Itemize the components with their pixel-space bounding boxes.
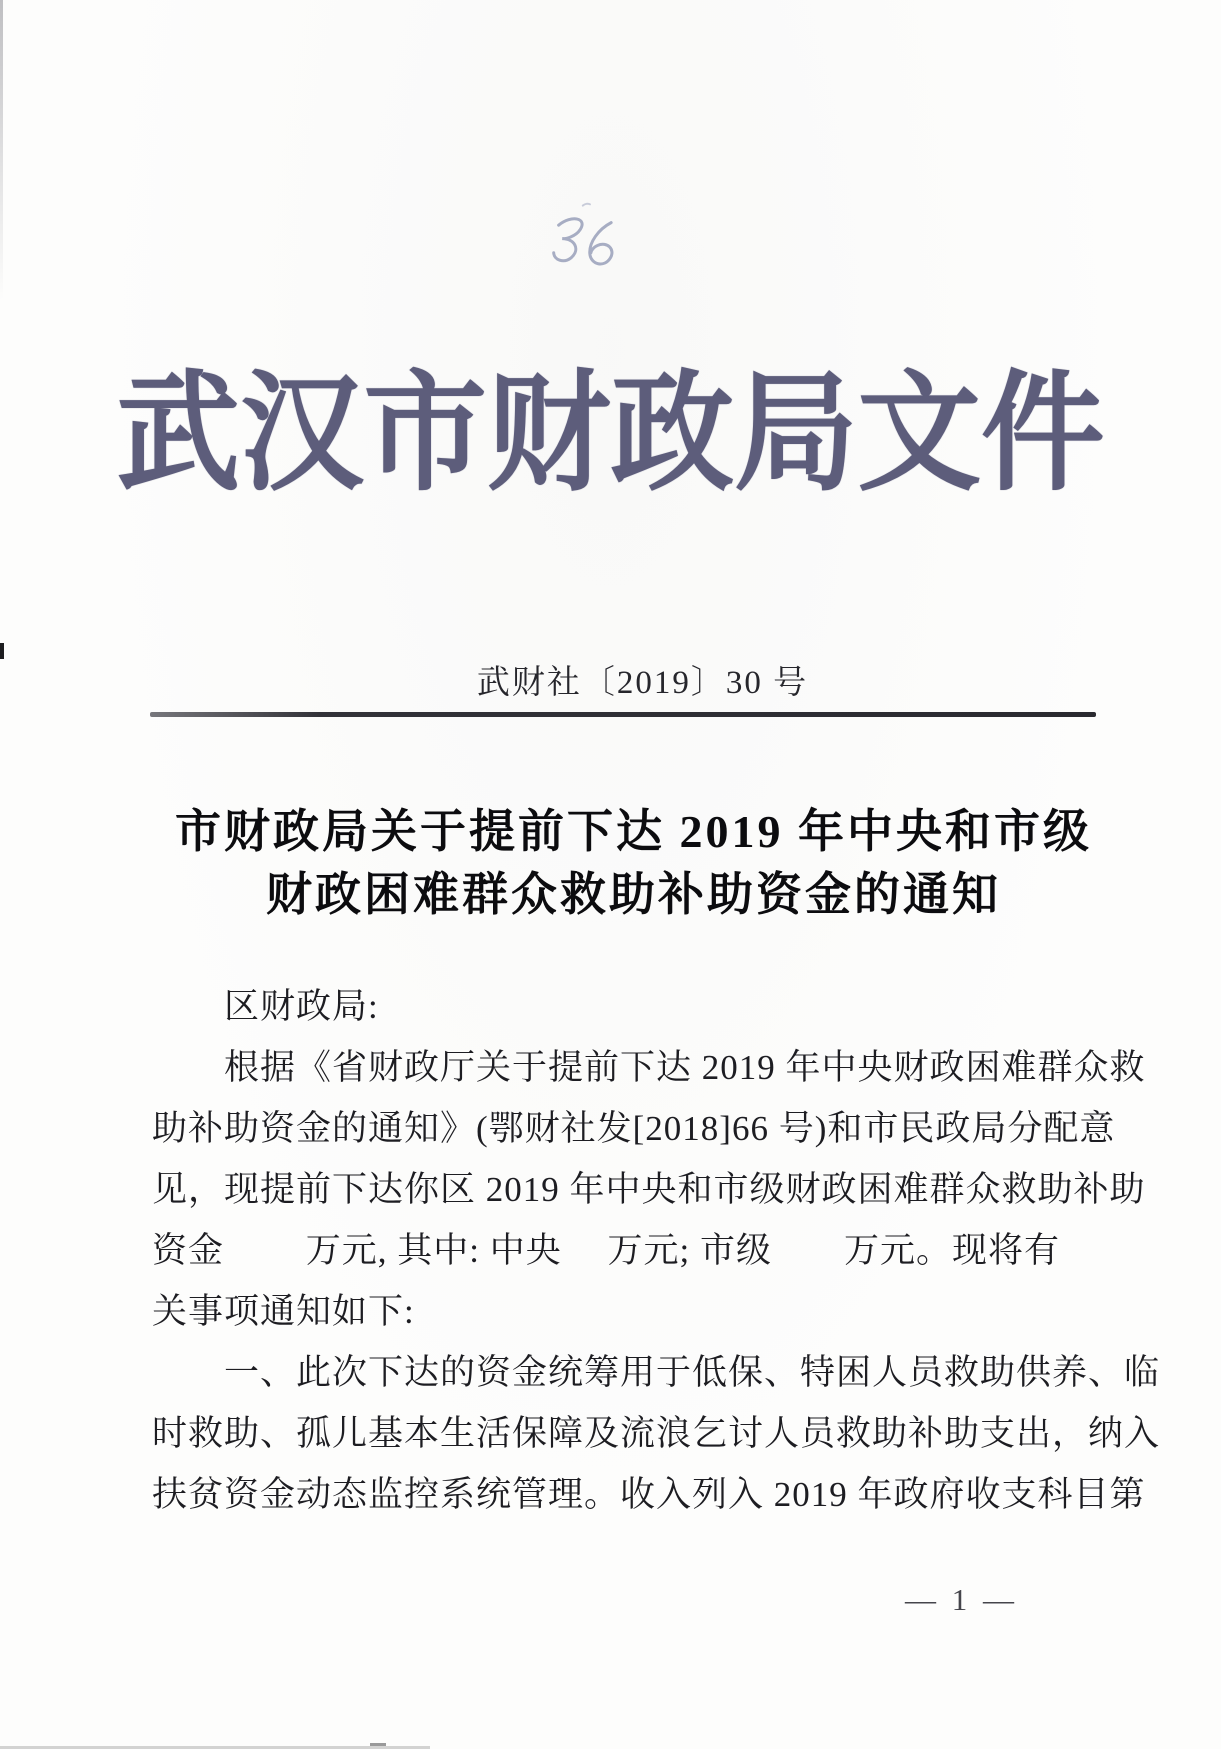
body-line: 根据《省财政厅关于提前下达 2019 年中央财政困难群众救 xyxy=(152,1037,1162,1098)
page-number: — 1 — xyxy=(905,1582,1105,1618)
body-line: 关事项通知如下: xyxy=(152,1281,1162,1342)
body-line: 助补助资金的通知》(鄂财社发[2018]66 号)和市民政局分配意 xyxy=(152,1098,1162,1159)
body-line: 见，现提前下达你区 2019 年中央和市级财政困难群众救助补助 xyxy=(152,1159,1162,1220)
body-line: 扶贫资金动态监控系统管理。收入列入 2019 年政府收支科目第 xyxy=(152,1464,1162,1525)
header-divider-rule xyxy=(150,712,1096,717)
subject-title-line1: 市财政局关于提前下达 2019 年中央和市级 xyxy=(23,800,1221,863)
agency-header-title: 武汉市财政局文件 xyxy=(31,356,1191,514)
handwritten-mark-icon xyxy=(535,198,635,286)
scan-artifact-bottom xyxy=(370,1743,386,1746)
scan-artifact-left-edge xyxy=(0,643,4,659)
scan-edge-shadow-left xyxy=(0,0,3,300)
body-line: 一、此次下达的资金统筹用于低保、特困人员救助供养、临 xyxy=(152,1342,1162,1403)
document-subject-title: 市财政局关于提前下达 2019 年中央和市级 财政困难群众救助补助资金的通知 xyxy=(23,800,1221,926)
scanned-document-page: 武汉市财政局文件 武财社〔2019〕30 号 市财政局关于提前下达 2019 年… xyxy=(0,0,1221,1749)
body-line: 区财政局: xyxy=(152,976,1162,1037)
body-text: 区财政局:根据《省财政厅关于提前下达 2019 年中央财政困难群众救助补助资金的… xyxy=(152,976,1162,1525)
body-line: 资金 万元, 其中: 中央 万元; 市级 万元。现将有 xyxy=(152,1220,1162,1281)
subject-title-line2: 财政困难群众救助补助资金的通知 xyxy=(23,863,1221,926)
document-number: 武财社〔2019〕30 号 xyxy=(32,664,1221,702)
body-line: 时救助、孤儿基本生活保障及流浪乞讨人员救助补助支出，纳入 xyxy=(152,1403,1162,1464)
